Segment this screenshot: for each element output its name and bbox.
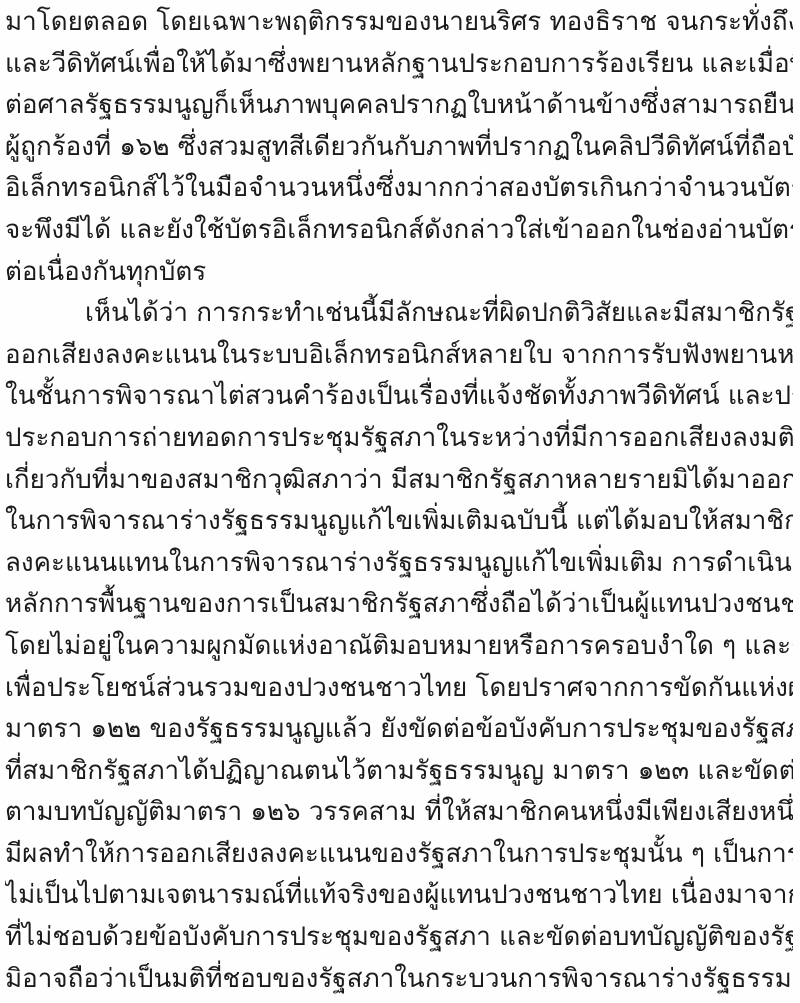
text-line-content: ออกเสียงลงคะแนนในระบบอิเล็กทรอนิกส์หลายใ… — [5, 340, 793, 370]
text-line-content: มาโดยตลอด โดยเฉพาะพฤติกรรมของนายนริศร ทอ… — [5, 7, 793, 37]
text-line-content: โดยไม่อยู่ในความผูกมัดแห่งอาณัติมอบหมายห… — [5, 631, 793, 661]
text-line-content: มีผลทำให้การออกเสียงลงคะแนนของรัฐสภาในกา… — [5, 839, 793, 869]
text-line-content: เพื่อประโยชน์ส่วนรวมของปวงชนชาวไทย โดยปร… — [5, 673, 793, 703]
text-line: ต่อเนื่องกันทุกบัตร — [5, 252, 793, 294]
text-line: ผู้ถูกร้องที่ ๑๖๒ ซึ่งสวมสูทสีเดียวกันกั… — [5, 127, 793, 169]
text-line-content: เห็นได้ว่า การกระทำเช่นนี้มีลักษณะที่ผิด… — [85, 298, 793, 328]
text-line: ที่สมาชิกรัฐสภาได้ปฏิญาณตนไว้ตามรัฐธรรมน… — [5, 751, 793, 793]
text-line: ต่อศาลรัฐธรรมนูญก็เห็นภาพบุคคลปรากฏใบหน้… — [5, 85, 793, 127]
text-line: ไม่เป็นไปตามเจตนารมณ์ที่แท้จริงของผู้แทน… — [5, 875, 793, 917]
text-line-content: ไม่เป็นไปตามเจตนารมณ์ที่แท้จริงของผู้แทน… — [5, 880, 793, 910]
text-line-content: เกี่ยวกับที่มาของสมาชิกวุฒิสภาว่า มีสมาช… — [5, 465, 793, 495]
text-line: เห็นได้ว่า การกระทำเช่นนี้มีลักษณะที่ผิด… — [5, 293, 793, 335]
text-line: หลักการพื้นฐานของการเป็นสมาชิกรัฐสภาซึ่ง… — [5, 584, 793, 626]
text-line: และวีดิทัศน์เพื่อให้ได้มาซึ่งพยานหลักฐาน… — [5, 44, 793, 86]
text-line: ที่ไม่ชอบด้วยข้อบังคับการประชุมของรัฐสภา… — [5, 917, 793, 959]
text-line-content: หลักการพื้นฐานของการเป็นสมาชิกรัฐสภาซึ่ง… — [5, 589, 793, 619]
text-line-content: ผู้ถูกร้องที่ ๑๖๒ ซึ่งสวมสูทสีเดียวกันกั… — [5, 132, 793, 162]
text-line-content: ตามบทบัญญัติมาตรา ๑๒๖ วรรคสาม ที่ให้สมาช… — [5, 797, 793, 827]
text-line: ตามบทบัญญัติมาตรา ๑๒๖ วรรคสาม ที่ให้สมาช… — [5, 792, 793, 834]
paragraph: เห็นได้ว่า การกระทำเช่นนี้มีลักษณะที่ผิด… — [5, 293, 793, 1000]
text-line: เกี่ยวกับที่มาของสมาชิกวุฒิสภาว่า มีสมาช… — [5, 460, 793, 502]
text-line-content: มิอาจถือว่าเป็นมติที่ชอบของรัฐสภาในกระบว… — [5, 964, 793, 994]
text-line-content: ที่ไม่ชอบด้วยข้อบังคับการประชุมของรัฐสภา… — [5, 922, 793, 952]
paragraph: มาโดยตลอด โดยเฉพาะพฤติกรรมของนายนริศร ทอ… — [5, 2, 793, 293]
text-line: มาโดยตลอด โดยเฉพาะพฤติกรรมของนายนริศร ทอ… — [5, 2, 793, 44]
text-line-content: อิเล็กทรอนิกส์ไว้ในมือจำนวนหนึ่งซึ่งมากก… — [5, 173, 793, 203]
text-line: อิเล็กทรอนิกส์ไว้ในมือจำนวนหนึ่งซึ่งมากก… — [5, 168, 793, 210]
document-page: มาโดยตลอด โดยเฉพาะพฤติกรรมของนายนริศร ทอ… — [0, 0, 800, 1003]
text-line-content: และวีดิทัศน์เพื่อให้ได้มาซึ่งพยานหลักฐาน… — [5, 49, 793, 79]
text-line: เพื่อประโยชน์ส่วนรวมของปวงชนชาวไทย โดยปร… — [5, 668, 793, 710]
text-line-content: มาตรา ๑๒๒ ของรัฐธรรมนูญแล้ว ยังขัดต่อข้อ… — [5, 714, 793, 744]
text-line: ในการพิจารณาร่างรัฐธรรมนูญแก้ไขเพิ่มเติม… — [5, 501, 793, 543]
text-line: ออกเสียงลงคะแนนในระบบอิเล็กทรอนิกส์หลายใ… — [5, 335, 793, 377]
text-line-content: ในชั้นการพิจารณาไต่สวนคำร้องเป็นเรื่องที… — [5, 381, 793, 411]
text-line: ในชั้นการพิจารณาไต่สวนคำร้องเป็นเรื่องที… — [5, 376, 793, 418]
text-line-content: ลงคะแนนแทนในการพิจารณาร่างรัฐธรรมนูญแก้ไ… — [5, 548, 793, 578]
text-line: โดยไม่อยู่ในความผูกมัดแห่งอาณัติมอบหมายห… — [5, 626, 793, 668]
text-line-content: ประกอบการถ่ายทอดการประชุมรัฐสภาในระหว่าง… — [5, 423, 793, 453]
text-line-content: ต่อศาลรัฐธรรมนูญก็เห็นภาพบุคคลปรากฏใบหน้… — [5, 90, 793, 120]
text-line: จะพึงมีได้ และยังใช้บัตรอิเล็กทรอนิกส์ดั… — [5, 210, 793, 252]
text-line-content: ต่อเนื่องกันทุกบัตร — [5, 257, 206, 287]
text-line-content: ที่สมาชิกรัฐสภาได้ปฏิญาณตนไว้ตามรัฐธรรมน… — [5, 756, 793, 786]
text-line-content: ในการพิจารณาร่างรัฐธรรมนูญแก้ไขเพิ่มเติม… — [5, 506, 793, 536]
text-line: มิอาจถือว่าเป็นมติที่ชอบของรัฐสภาในกระบว… — [5, 959, 793, 1001]
text-line: ลงคะแนนแทนในการพิจารณาร่างรัฐธรรมนูญแก้ไ… — [5, 543, 793, 585]
text-line: ประกอบการถ่ายทอดการประชุมรัฐสภาในระหว่าง… — [5, 418, 793, 460]
text-line: มาตรา ๑๒๒ ของรัฐธรรมนูญแล้ว ยังขัดต่อข้อ… — [5, 709, 793, 751]
text-line-content: จะพึงมีได้ และยังใช้บัตรอิเล็กทรอนิกส์ดั… — [5, 215, 793, 245]
text-line: มีผลทำให้การออกเสียงลงคะแนนของรัฐสภาในกา… — [5, 834, 793, 876]
